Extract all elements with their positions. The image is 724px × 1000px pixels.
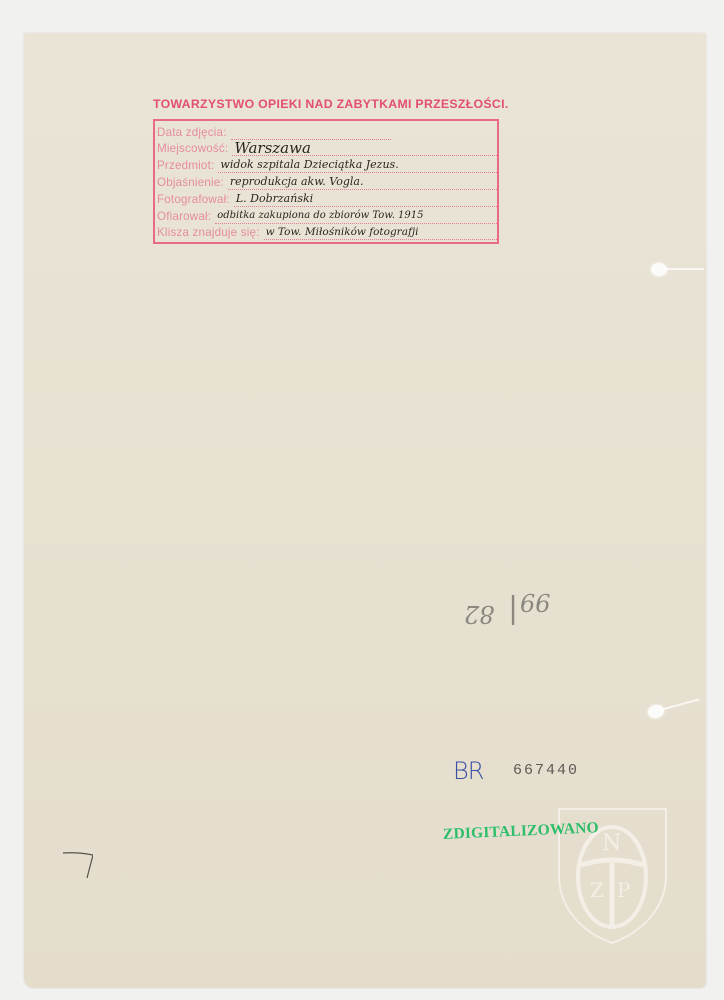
pencil-divider: | — [508, 591, 518, 626]
field-place: Miejscowość: Warszawa — [157, 140, 497, 156]
field-subject-value: widok szpitala Dzieciątka Jezus. — [220, 158, 398, 172]
field-negative: Klisza znajduje się: w Tow. Miłośników f… — [157, 224, 497, 240]
field-description: Objaśnienie: reprodukcja akw. Vogla. — [157, 174, 497, 190]
field-subject: Przedmiot: widok szpitala Dzieciątka Jez… — [157, 157, 497, 173]
field-photographer-line: L. Dobrzański — [234, 192, 497, 207]
field-negative-value: w Tow. Miłośników fotografji — [266, 225, 419, 239]
field-subject-line: widok szpitala Dzieciątka Jezus. — [218, 158, 497, 173]
field-place-line: Warszawa — [232, 141, 497, 156]
svg-text:Z: Z — [590, 878, 604, 902]
stamp-title: TOWARZYSTWO OPIEKI NAD ZABYTKAMI PRZESZŁ… — [153, 97, 508, 111]
svg-text:N: N — [602, 831, 621, 856]
pencil-tick-mark-icon — [63, 850, 93, 880]
field-donor-value: odbitka zakupiona do zbiorów Tow. 1915 — [217, 209, 423, 223]
field-subject-label: Przedmiot: — [157, 159, 214, 173]
catalog-prefix: BR — [453, 757, 483, 785]
field-place-label: Miejscowość: — [157, 142, 228, 156]
field-date-line — [231, 125, 391, 140]
field-photographer-label: Fotografował: — [157, 193, 230, 207]
field-donor: Ofiarował: odbitka zakupiona do zbiorów … — [157, 208, 497, 224]
field-photographer: Fotografował: L. Dobrzański — [157, 191, 497, 207]
svg-text:P: P — [617, 878, 630, 902]
pencil-note-left: 82 — [464, 600, 495, 628]
pencil-note-right: 99 — [520, 588, 551, 616]
catalog-number: 667440 — [513, 762, 579, 779]
field-photographer-value: L. Dobrzański — [236, 192, 313, 206]
field-description-label: Objaśnienie: — [157, 176, 224, 190]
field-donor-line: odbitka zakupiona do zbiorów Tow. 1915 — [215, 209, 497, 224]
field-date: Data zdjęcia: — [157, 124, 497, 140]
field-negative-label: Klisza znajduje się: — [157, 226, 260, 240]
field-donor-label: Ofiarował: — [157, 210, 211, 224]
field-description-line: reprodukcja akw. Vogla. — [228, 175, 497, 190]
punch-hole-top — [651, 263, 667, 276]
field-date-label: Data zdjęcia: — [157, 126, 227, 140]
field-negative-line: w Tow. Miłośników fotografji — [264, 225, 497, 240]
field-place-value: Warszawa — [234, 141, 311, 155]
field-description-value: reprodukcja akw. Vogla. — [230, 175, 364, 189]
